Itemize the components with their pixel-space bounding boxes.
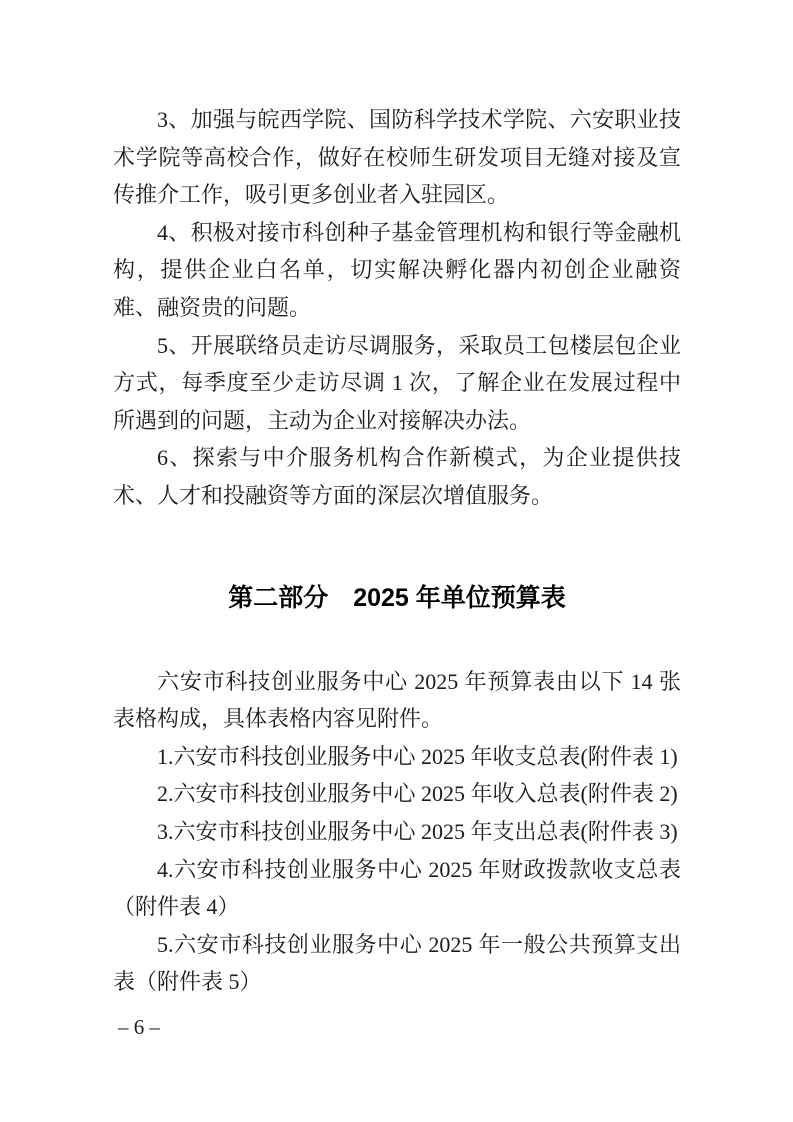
intro-paragraph: 六安市科技创业服务中心 2025 年预算表由以下 14 张表格构成，具体表格内容…: [113, 663, 681, 738]
body-paragraph-item-4: 4、积极对接市科创种子基金管理机构和银行等金融机构，提供企业白名单，切实解决孵化…: [113, 214, 681, 327]
section-heading: 第二部分 2025 年单位预算表: [113, 578, 681, 618]
page-number: – 6 –: [118, 1013, 160, 1041]
page-content: 3、加强与皖西学院、国防科学技术学院、六安职业技术学院等高校合作，做好在校师生研…: [113, 101, 681, 1001]
table-list-item-2: 2.六安市科技创业服务中心 2025 年收入总表(附件表 2): [113, 775, 681, 813]
body-paragraph-item-6: 6、探索与中介服务机构合作新模式，为企业提供技术、人才和投融资等方面的深层次增值…: [113, 439, 681, 514]
body-paragraph-item-3: 3、加强与皖西学院、国防科学技术学院、六安职业技术学院等高校合作，做好在校师生研…: [113, 101, 681, 214]
table-list-item-1: 1.六安市科技创业服务中心 2025 年收支总表(附件表 1): [113, 738, 681, 776]
table-list-item-3: 3.六安市科技创业服务中心 2025 年支出总表(附件表 3): [113, 813, 681, 851]
table-list-item-4: 4.六安市科技创业服务中心 2025 年财政拨款收支总表（附件表 4）: [113, 851, 681, 926]
table-list-item-5: 5.六安市科技创业服务中心 2025 年一般公共预算支出表（附件表 5）: [113, 926, 681, 1001]
body-paragraph-item-5: 5、开展联络员走访尽调服务，采取员工包楼层包企业方式，每季度至少走访尽调 1 次…: [113, 327, 681, 440]
document-page: 3、加强与皖西学院、国防科学技术学院、六安职业技术学院等高校合作，做好在校师生研…: [0, 0, 793, 1122]
